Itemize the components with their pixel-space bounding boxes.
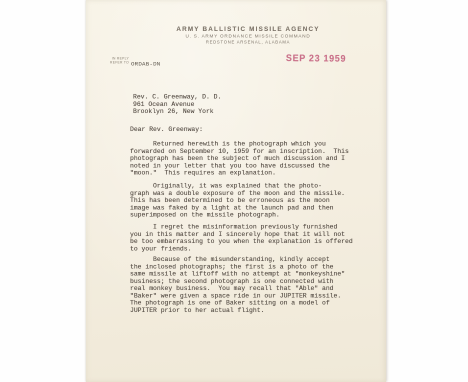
body-paragraph-2: Originally, it was explained that the ph… bbox=[130, 183, 370, 219]
body-paragraph-4: Because of the misunderstanding, kindly … bbox=[130, 256, 370, 314]
scale-wrapper: ARMY BALLISTIC MISSILE AGENCY U. S. ARMY… bbox=[0, 0, 468, 382]
letterhead-location: REDSTONE ARSENAL, ALABAMA bbox=[110, 40, 386, 46]
letterhead-agency-name: ARMY BALLISTIC MISSILE AGENCY bbox=[110, 25, 386, 33]
received-date-stamp: SEP 23 1959 bbox=[286, 53, 346, 65]
body-paragraph-3: I regret the misinformation previously f… bbox=[130, 224, 370, 253]
scanned-letter-viewport: ARMY BALLISTIC MISSILE AGENCY U. S. ARMY… bbox=[0, 0, 468, 382]
in-reply-refer-to-label: IN REPLY REFER TO bbox=[105, 57, 129, 65]
salutation-line: Dear Rev. Greenway: bbox=[130, 126, 203, 133]
recipient-address-block: Rev. C. Greenway, D. D. 961 Ocean Avenue… bbox=[133, 94, 221, 116]
body-paragraph-1: Returned herewith is the photograph whic… bbox=[130, 141, 370, 177]
office-symbol: ORDAB-DN bbox=[131, 61, 160, 68]
refer-to-label: REFER TO bbox=[105, 61, 129, 65]
letterhead: ARMY BALLISTIC MISSILE AGENCY U. S. ARMY… bbox=[110, 25, 386, 45]
letter-paper: ARMY BALLISTIC MISSILE AGENCY U. S. ARMY… bbox=[86, 0, 386, 382]
